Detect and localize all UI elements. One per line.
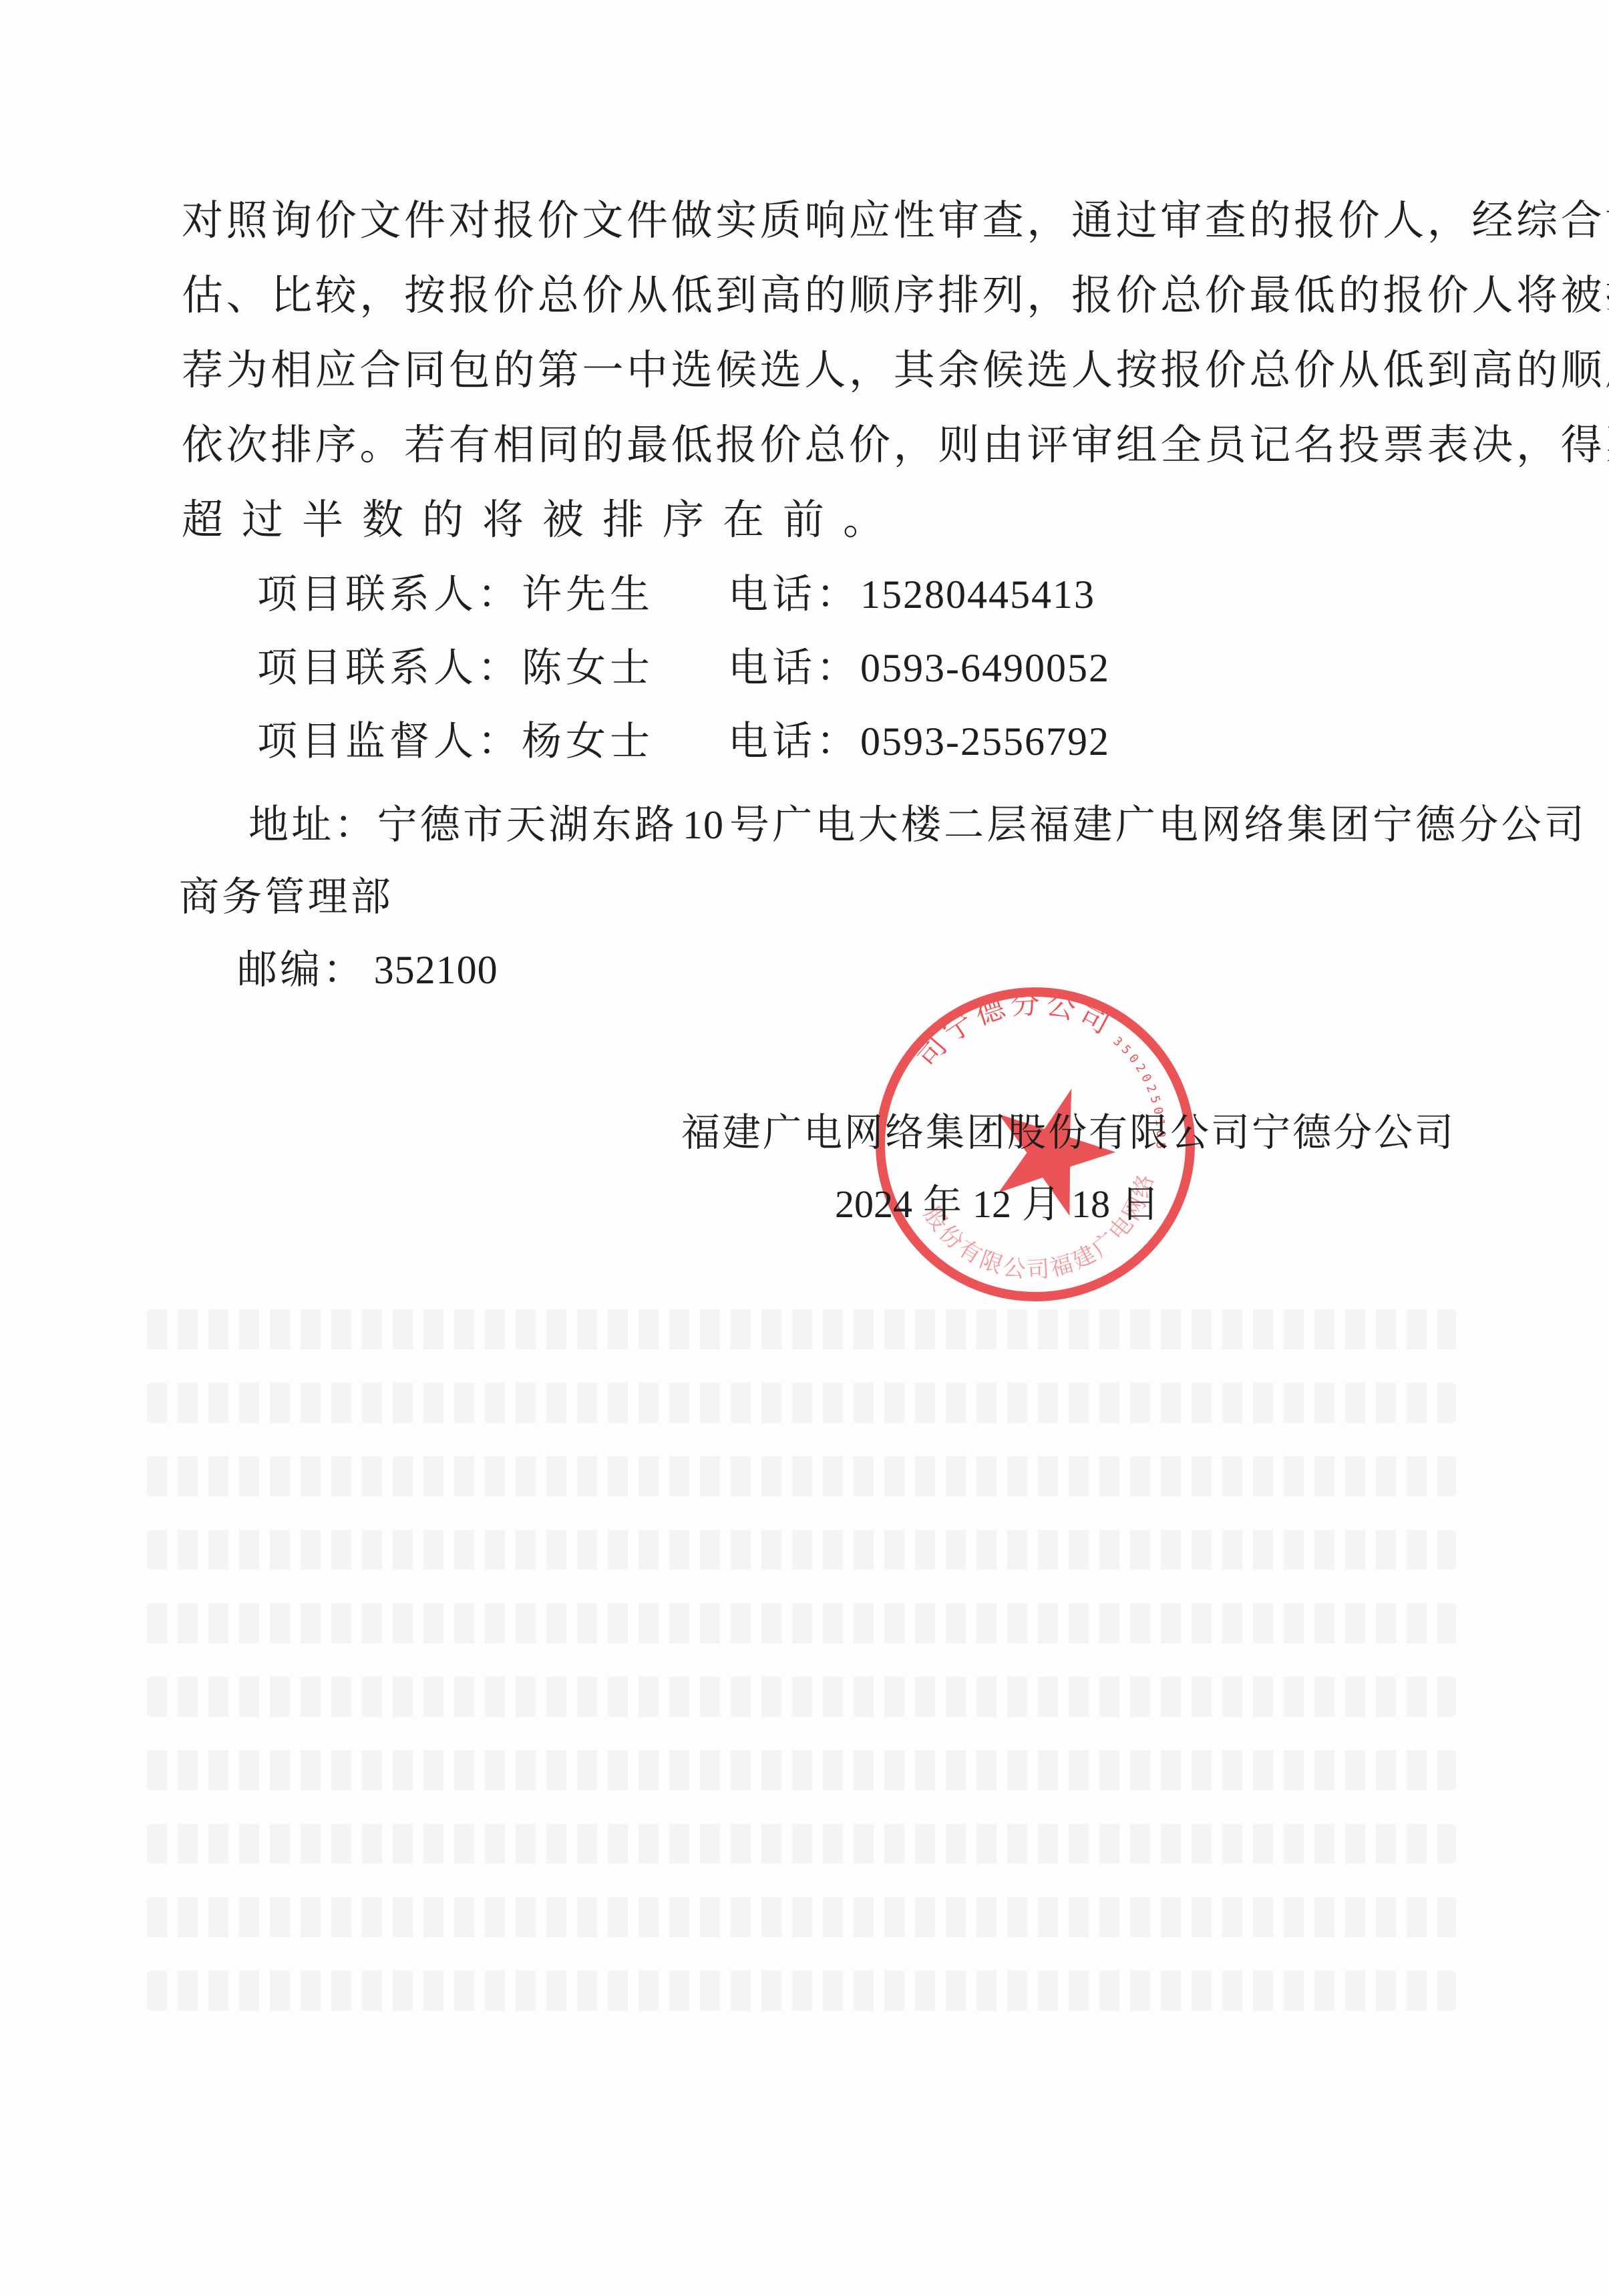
bleed-through-row: [147, 1456, 1456, 1496]
date-year-unit: 年: [923, 1181, 962, 1226]
signatory-organization: 福建广电网络集团股份有限公司宁德分公司: [681, 1106, 1455, 1159]
paragraph-line: 超过半数的将被排序在前。: [182, 493, 1464, 546]
paragraph-line: 荐为相应合同包的第一中选候选人，其余候选人按报价总价从低到高的顺序: [182, 343, 1464, 397]
paragraph-line: 对照询价文件对报价文件做实质响应性审查，通过审查的报价人，经综合评: [182, 194, 1464, 247]
signature-date: 2024年12月18日: [835, 1177, 1170, 1231]
document-page: 对照询价文件对报价文件做实质响应性审查，通过审查的报价人，经综合评 估、比较，按…: [0, 0, 1609, 2296]
paragraph-line: 估、比较，按报价总价从低到高的顺序排列，报价总价最低的报价人将被推: [182, 269, 1464, 322]
contact-row: 项目联系人：许先生 电话：15280445413: [257, 568, 654, 621]
contact-role: 项目联系人：: [257, 571, 522, 618]
phone-number: 0593-6490052: [860, 646, 1110, 690]
bleed-through-row: [147, 1824, 1456, 1864]
address-part: 宁德市天湖东路: [377, 802, 677, 848]
bleed-through-row: [147, 1750, 1456, 1790]
contact-name: 杨女士: [522, 718, 654, 765]
address-part: 号广电大楼二层福建广电网络集团宁德分公司: [729, 802, 1587, 848]
phone-label: 电话：: [728, 645, 860, 691]
address-number: 10: [683, 803, 724, 847]
phone-label: 电话：: [728, 571, 860, 618]
contact-phone: 电话：0593-2556792: [728, 715, 1110, 768]
phone-number: 15280445413: [860, 572, 1095, 617]
contact-phone: 电话：0593-6490052: [728, 641, 1110, 695]
postcode-value: 352100: [374, 948, 498, 992]
bleed-through-row: [147, 1677, 1456, 1717]
phone-number: 0593-2556792: [860, 719, 1110, 764]
paragraph-line: 依次排序。若有相同的最低报价总价，则由评审组全员记名投票表决，得票: [182, 418, 1464, 472]
postcode-line: 邮编：352100: [237, 943, 498, 997]
address-line: 地址：宁德市天湖东路10号广电大楼二层福建广电网络集团宁德分公司: [248, 798, 1587, 852]
date-month: 12: [972, 1182, 1011, 1226]
contact-row: 项目监督人：杨女士 电话：0593-2556792: [257, 715, 654, 768]
contact-phone: 电话：15280445413: [728, 568, 1095, 621]
bleed-through-row: [147, 1897, 1456, 1937]
date-day: 18: [1071, 1182, 1110, 1226]
bleed-through-row: [147, 1603, 1456, 1643]
address-department: 商务管理部: [179, 874, 393, 921]
address-label: 地址：: [248, 802, 377, 848]
contact-role: 项目监督人：: [257, 718, 522, 765]
date-day-unit: 日: [1121, 1181, 1159, 1226]
bleed-through-row: [147, 1530, 1456, 1570]
contact-name: 许先生: [522, 571, 654, 618]
bleed-through-row: [147, 1383, 1456, 1423]
contact-name: 陈女士: [522, 645, 654, 691]
address-line: 商务管理部: [179, 870, 393, 924]
date-month-unit: 月: [1022, 1181, 1061, 1226]
phone-label: 电话：: [728, 718, 860, 765]
bleed-through-row: [147, 1971, 1456, 2011]
bleed-through-row: [147, 1309, 1456, 1349]
postcode-label: 邮编：: [237, 947, 366, 993]
date-year: 2024: [835, 1182, 912, 1226]
contact-role: 项目联系人：: [257, 645, 522, 691]
contact-row: 项目联系人：陈女士 电话：0593-6490052: [257, 641, 654, 695]
